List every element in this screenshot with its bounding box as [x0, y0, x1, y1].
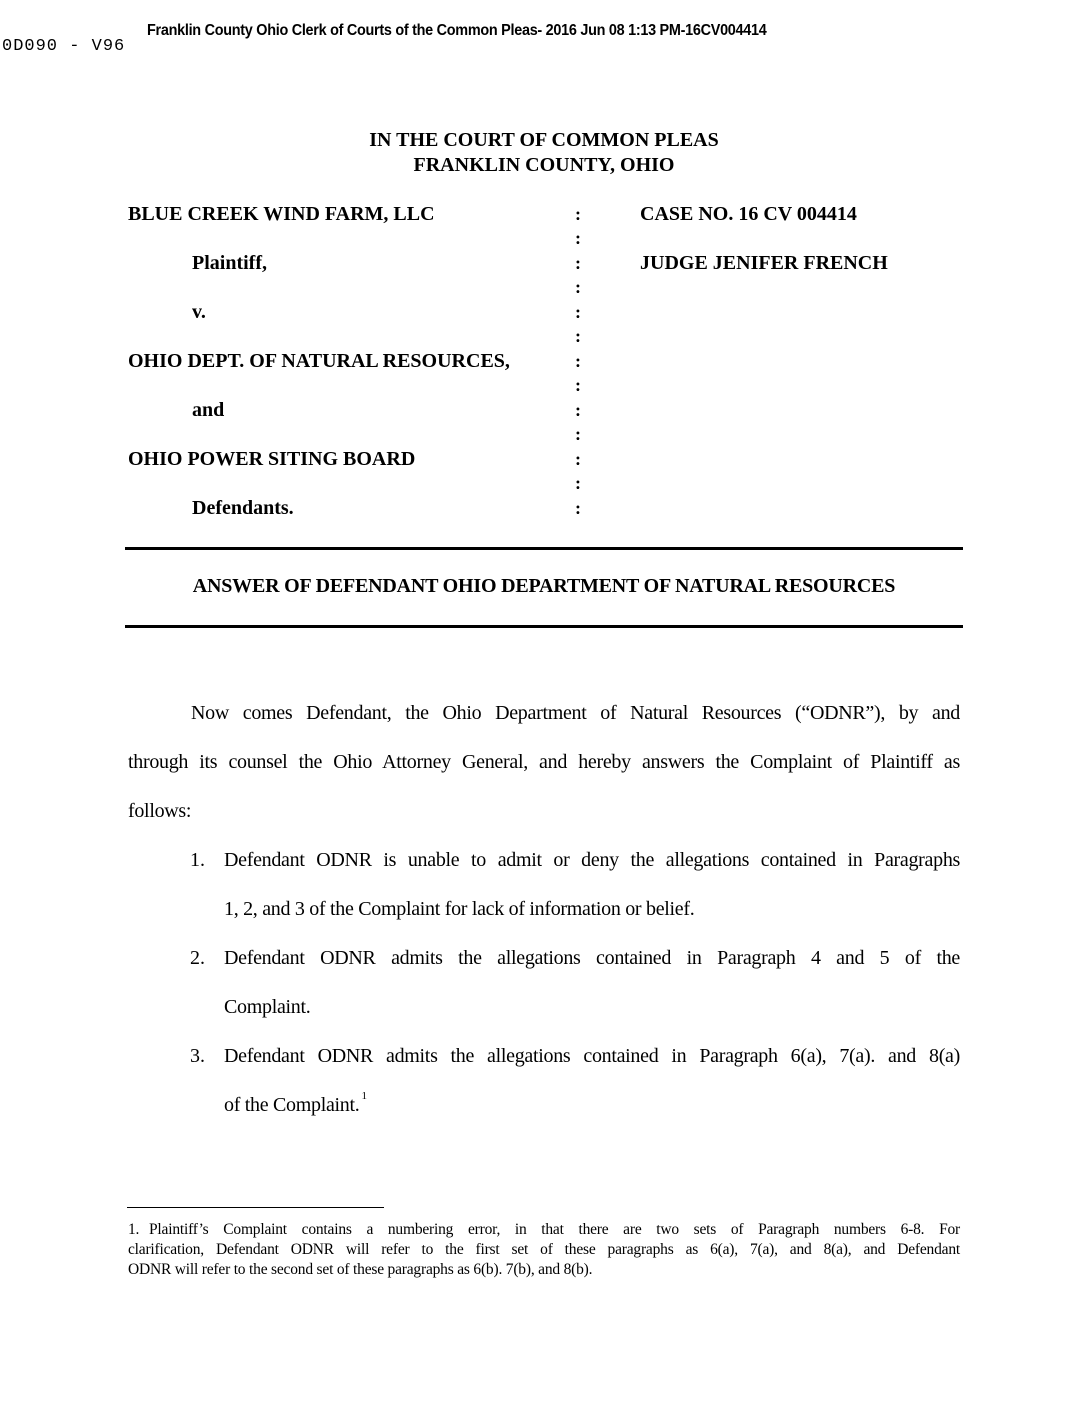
separator-colon: : [575, 400, 581, 421]
separator-colon: : [575, 204, 581, 225]
separator-colon: : [575, 277, 581, 298]
separator-colon: : [575, 473, 581, 494]
separator-colon: : [575, 228, 581, 249]
defendant-odnr: OHIO DEPT. OF NATURAL RESOURCES, [128, 350, 510, 373]
title-bottom-rule [125, 625, 963, 628]
separator-colon: : [575, 253, 581, 274]
footnote-line: ODNR will refer to the second set of the… [128, 1261, 592, 1279]
court-county: FRANKLIN COUNTY, OHIO [0, 154, 1088, 177]
separator-colon: : [575, 449, 581, 470]
footnote-reference[interactable]: 1 [361, 1090, 366, 1102]
answer-number: 2. [190, 947, 205, 970]
clerk-filing-stamp: Franklin County Ohio Clerk of Courts of … [147, 22, 766, 40]
answer-line: Complaint. [224, 996, 310, 1019]
footnote-separator [127, 1207, 384, 1208]
plaintiff-label: Plaintiff, [192, 252, 267, 275]
conjunction-label: and [192, 399, 224, 422]
separator-colon: : [575, 424, 581, 445]
document-id: 0D090 - V96 [2, 37, 125, 56]
intro-line: follows: [128, 800, 191, 823]
defendants-label: Defendants. [192, 497, 294, 520]
intro-line: through its counsel the Ohio Attorney Ge… [128, 751, 960, 774]
answer-number: 1. [190, 849, 205, 872]
answer-line: Defendant ODNR admits the allegations co… [224, 947, 960, 970]
separator-colon: : [575, 375, 581, 396]
separator-colon: : [575, 326, 581, 347]
answer-line: 1, 2, and 3 of the Complaint for lack of… [224, 898, 694, 921]
answer-line: Defendant ODNR admits the allegations co… [224, 1045, 960, 1068]
answer-line: Defendant ODNR is unable to admit or den… [224, 849, 960, 872]
footnote-number: 1. [128, 1221, 139, 1239]
court-name: IN THE COURT OF COMMON PLEAS [0, 129, 1088, 152]
footnote-line: Plaintiff’s Complaint contains a numberi… [149, 1221, 960, 1239]
answer-line-text: of the Complaint. [224, 1094, 359, 1116]
separator-colon: : [575, 351, 581, 372]
judge-name: JUDGE JENIFER FRENCH [640, 252, 888, 275]
separator-colon: : [575, 302, 581, 323]
versus-label: v. [192, 301, 206, 324]
document-title: ANSWER OF DEFENDANT OHIO DEPARTMENT OF N… [0, 575, 1088, 598]
answer-line: of the Complaint.1 [224, 1094, 367, 1117]
title-top-rule [125, 547, 963, 550]
footnote-line: clarification, Defendant ODNR will refer… [128, 1241, 960, 1259]
answer-number: 3. [190, 1045, 205, 1068]
case-number: CASE NO. 16 CV 004414 [640, 203, 857, 226]
intro-line: Now comes Defendant, the Ohio Department… [191, 702, 960, 725]
defendant-power-siting-board: OHIO POWER SITING BOARD [128, 448, 415, 471]
separator-colon: : [575, 498, 581, 519]
plaintiff-name: BLUE CREEK WIND FARM, LLC [128, 203, 435, 226]
